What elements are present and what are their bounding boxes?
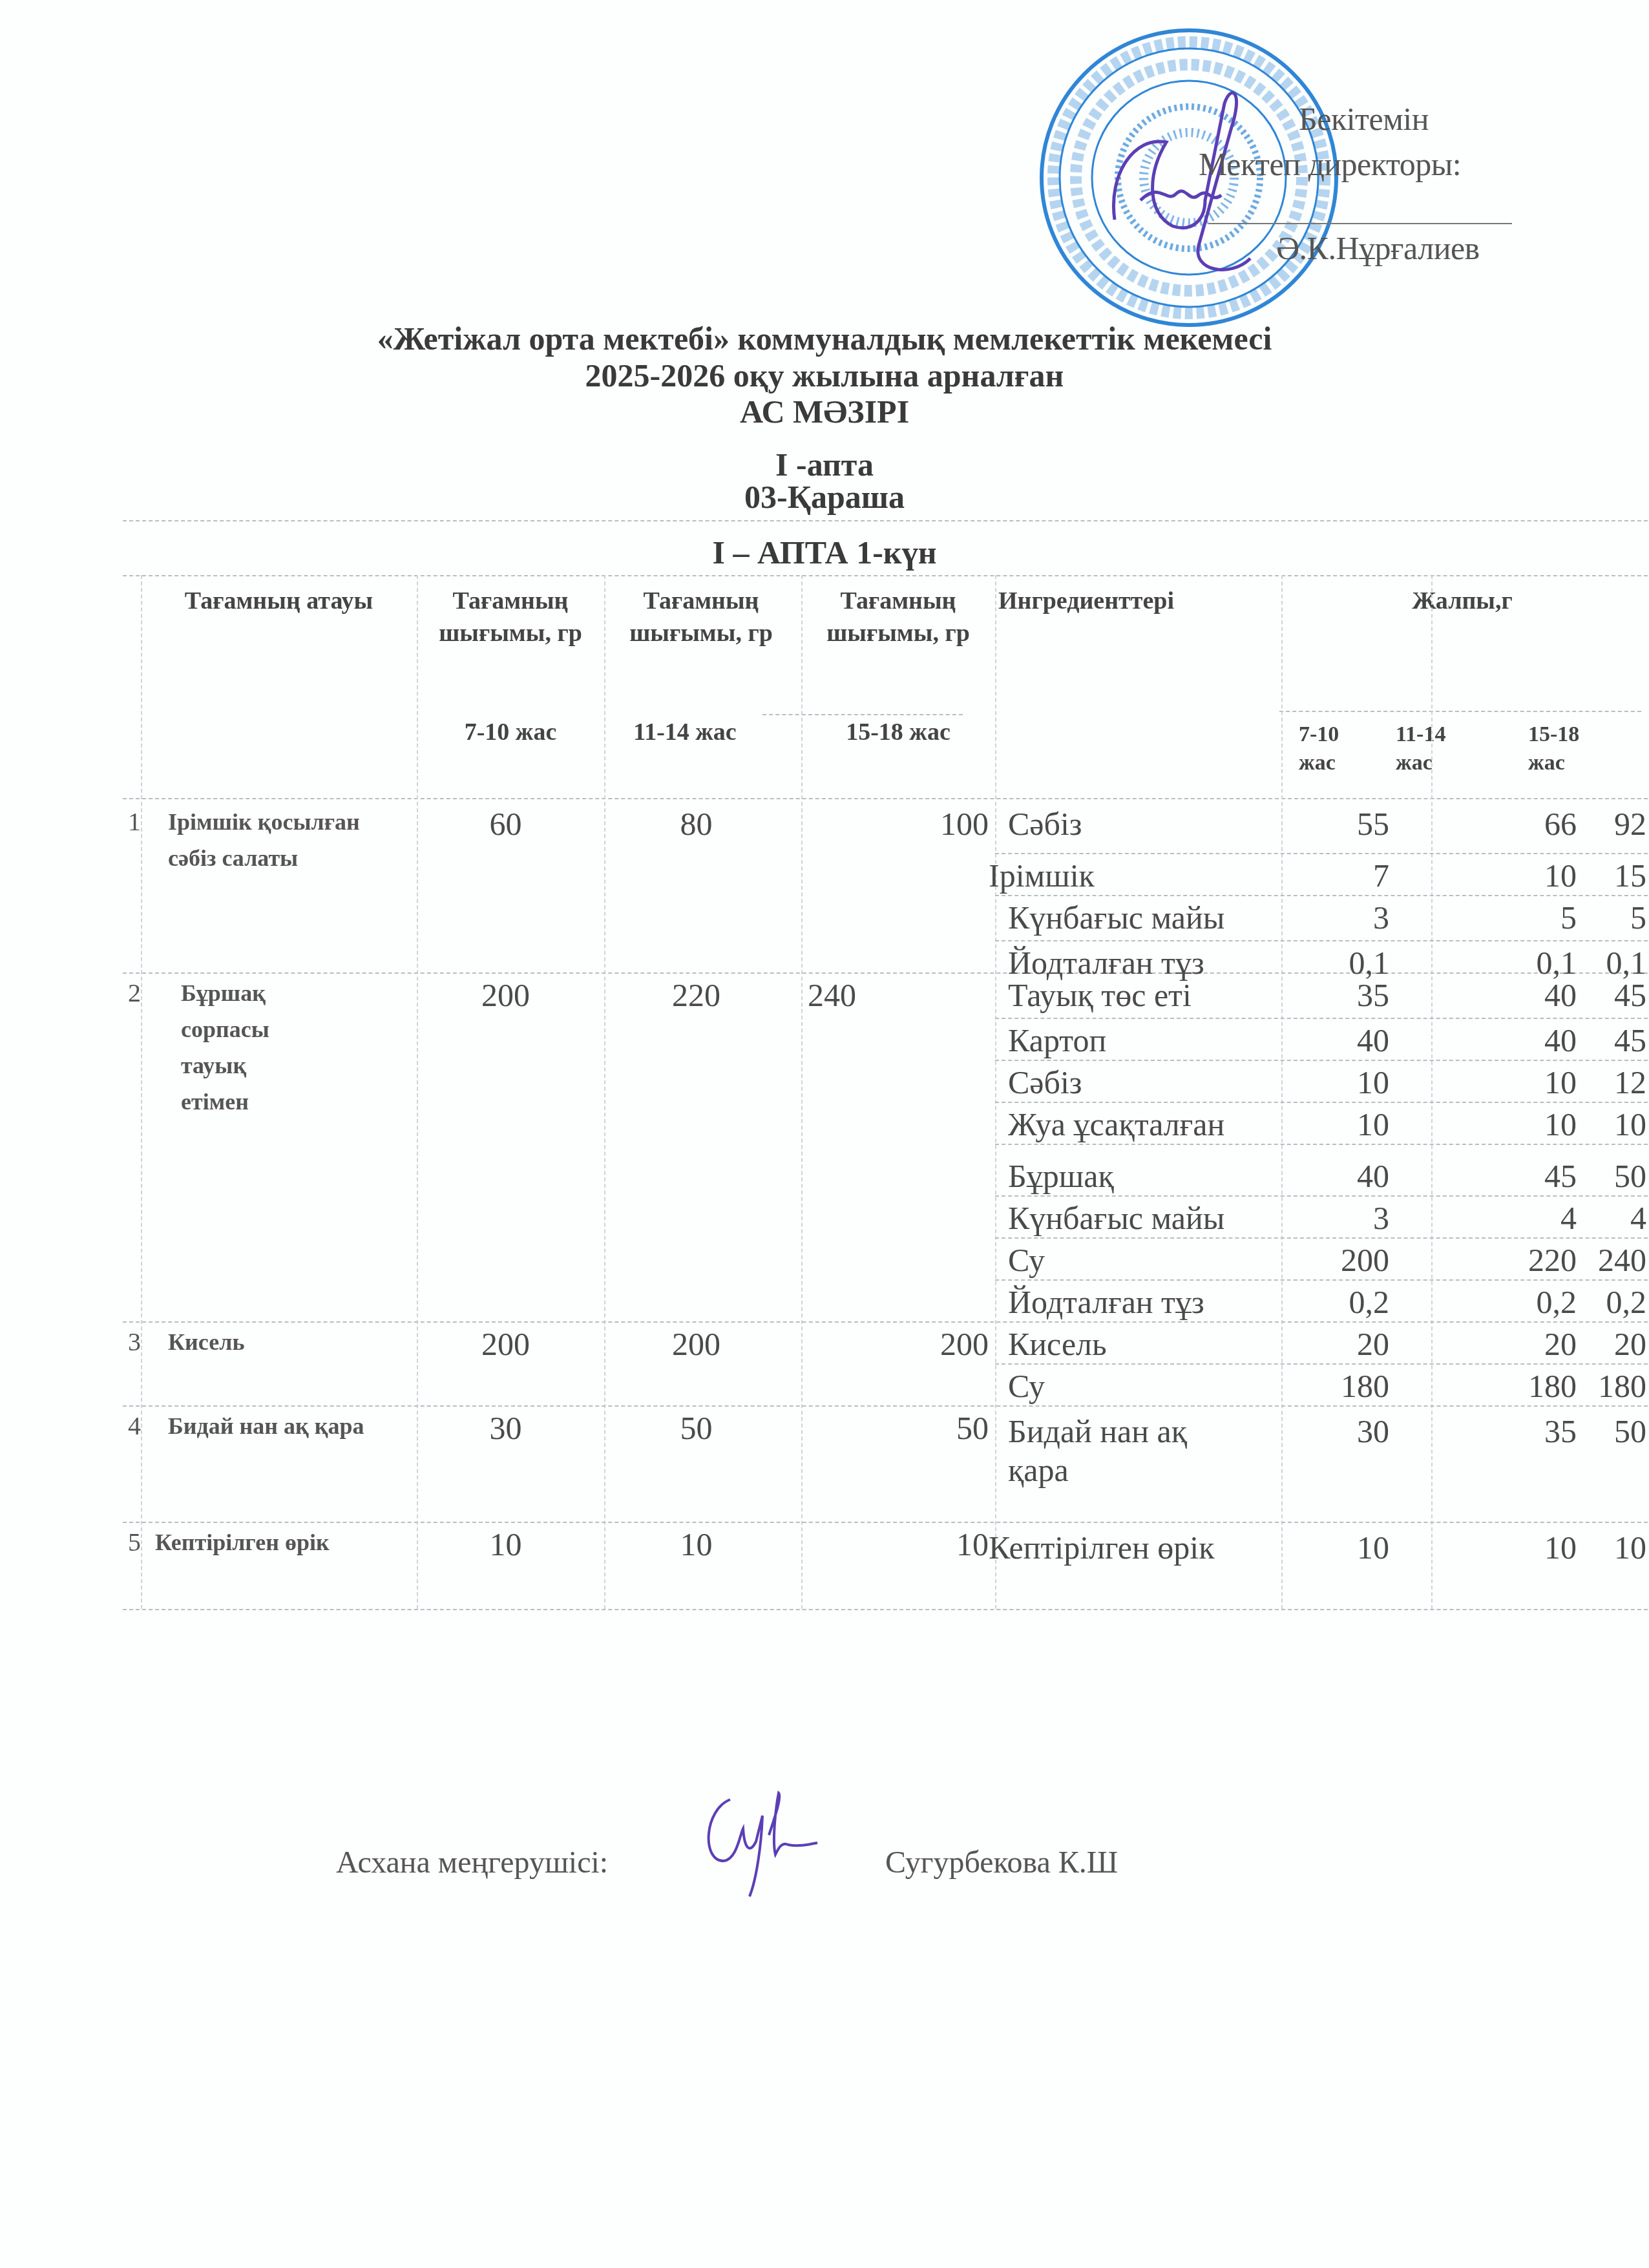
document-title: АС МӘЗІРІ <box>0 393 1649 430</box>
ingredient-name: Йодталған тұз <box>1008 1283 1286 1321</box>
ingredient-row-border <box>995 1102 1648 1103</box>
age-sub-divider <box>762 714 963 715</box>
ingredient-amount-age-2: 4 <box>1630 1199 1646 1237</box>
ingredient-row-border <box>995 1144 1648 1145</box>
ingredient-amount-age-1: 4 <box>1560 1199 1577 1237</box>
age-range: 15-18 <box>1528 722 1579 746</box>
ingredient-name: Картоп <box>1008 1021 1286 1060</box>
ingredient-row-border <box>995 940 1648 941</box>
ingredient-row-border <box>995 853 1648 854</box>
column-divider <box>417 575 418 1609</box>
column-divider <box>995 575 996 1609</box>
kitchen-manager-signature <box>685 1790 834 1900</box>
kitchen-manager-role: Асхана меңгерушісі: <box>336 1845 608 1880</box>
age-range: 11-14 <box>1396 722 1445 746</box>
col-header-yield-15-18: Тағамның шығымы, гр <box>801 585 995 649</box>
ingredient-row-border <box>995 1195 1648 1197</box>
total-age-7-10: 7-10жас <box>1299 720 1339 777</box>
ingredient-amount-age-2: 10 <box>1614 1105 1646 1144</box>
dish-row-border <box>123 972 1648 974</box>
dish-yield-age-0: 200 <box>420 1325 591 1363</box>
ingredient-amount-age-0: 7 <box>1373 856 1389 895</box>
header-bottom-border <box>123 798 1648 799</box>
ingredient-amount-age-1: 40 <box>1544 1021 1577 1060</box>
ingredient-amount-age-0: 200 <box>1341 1241 1389 1279</box>
ingredient-amount-age-2: 12 <box>1614 1063 1646 1102</box>
dish-yield-age-1: 220 <box>604 976 788 1014</box>
col-header-dish-name: Тағамның атауы <box>141 585 417 617</box>
day-title: І – АПТА 1-күн <box>0 534 1649 571</box>
dish-yield-age-2: 50 <box>801 1409 989 1447</box>
ingredient-name: Тауық төс еті <box>1008 976 1286 1014</box>
signature-line <box>1208 223 1512 224</box>
ingredient-amount-age-2: 45 <box>1614 1021 1646 1060</box>
ingredient-amount-age-1: 45 <box>1544 1157 1577 1195</box>
ingredient-amount-age-1: 220 <box>1528 1241 1577 1279</box>
age-11-14-label: 11-14 жас <box>604 716 766 748</box>
ingredient-name: Күнбағыс майы <box>1008 898 1286 937</box>
ingredient-amount-age-0: 3 <box>1373 1199 1389 1237</box>
age-7-10-label: 7-10 жас <box>420 716 601 748</box>
ingredient-amount-age-1: 5 <box>1560 898 1577 937</box>
dish-number: 1 <box>128 806 141 837</box>
dish-yield-age-1: 200 <box>604 1325 788 1363</box>
ingredient-amount-age-0: 20 <box>1357 1325 1389 1363</box>
dish-yield-age-2: 10 <box>801 1525 989 1564</box>
total-age-11-14: 11-14жас <box>1396 720 1445 777</box>
date-label: 03-Қараша <box>0 478 1649 516</box>
academic-year: 2025-2026 оқу жылына арналған <box>0 357 1649 394</box>
ingredient-amount-age-0: 10 <box>1357 1063 1389 1102</box>
age-range: 7-10 <box>1299 722 1339 746</box>
ingredient-amount-age-1: 10 <box>1544 856 1577 895</box>
ingredient-amount-age-1: 35 <box>1544 1412 1577 1451</box>
ingredient-amount-age-2: 20 <box>1614 1325 1646 1363</box>
ingredient-row-border <box>995 1279 1648 1281</box>
age-suffix: жас <box>1299 751 1336 775</box>
ingredient-name: Ірімшік <box>989 856 1266 895</box>
ingredient-name: Бидай нан ақ қара <box>1008 1412 1221 1489</box>
ingredient-amount-age-1: 10 <box>1544 1063 1577 1102</box>
ingredient-amount-age-2: 240 <box>1598 1241 1646 1279</box>
ingredient-name: Күнбағыс майы <box>1008 1199 1286 1237</box>
ingredient-amount-age-1: 66 <box>1544 804 1577 843</box>
ingredient-amount-age-1: 0,2 <box>1537 1283 1577 1321</box>
dish-yield-age-1: 50 <box>604 1409 788 1447</box>
col-header-yield-7-10: Тағамның шығымы, гр <box>420 585 601 649</box>
ingredient-row-border <box>995 1018 1648 1019</box>
approval-role: Мектеп директоры: <box>1199 145 1461 183</box>
ingredient-name: Жуа ұсақталған <box>1008 1105 1286 1144</box>
dish-yield-age-0: 60 <box>420 804 591 843</box>
day-title-divider <box>123 575 1648 576</box>
ingredient-name: Сәбіз <box>1008 1063 1286 1102</box>
ingredient-amount-age-1: 10 <box>1544 1105 1577 1144</box>
ingredient-amount-age-0: 10 <box>1357 1105 1389 1144</box>
dish-yield-age-2: 200 <box>801 1325 989 1363</box>
column-divider <box>141 575 142 1609</box>
ingredient-amount-age-0: 40 <box>1357 1021 1389 1060</box>
ingredient-amount-age-2: 0,2 <box>1606 1283 1647 1321</box>
ingredient-row-border <box>995 895 1648 896</box>
approval-label: Бекітемін <box>1299 100 1429 138</box>
ingredient-amount-age-2: 180 <box>1598 1367 1646 1405</box>
dish-row-border <box>123 1609 1648 1610</box>
ingredient-amount-age-2: 10 <box>1614 1528 1646 1567</box>
age-suffix: жас <box>1528 751 1565 775</box>
director-name: Ә.К.Нұрғалиев <box>1276 229 1480 267</box>
ingredient-name: Бұршақ <box>1008 1157 1286 1195</box>
ingredient-amount-age-0: 0,2 <box>1349 1283 1390 1321</box>
ingredient-amount-age-1: 180 <box>1528 1367 1577 1405</box>
dish-yield-age-0: 30 <box>420 1409 591 1447</box>
column-divider <box>1431 575 1433 1609</box>
dish-name: Кисель <box>168 1324 407 1360</box>
total-age-15-18: 15-18жас <box>1528 720 1579 777</box>
dish-yield-age-2: 240 <box>808 976 989 1014</box>
dish-yield-age-2: 100 <box>801 804 989 843</box>
ingredient-amount-age-2: 15 <box>1614 856 1646 895</box>
ingredient-amount-age-2: 50 <box>1614 1157 1646 1195</box>
column-divider <box>801 575 803 1609</box>
ingredient-amount-age-0: 3 <box>1373 898 1389 937</box>
dish-name: Бидай нан ақ қара <box>168 1408 407 1444</box>
col-header-total: Жалпы,г <box>1281 585 1643 617</box>
age-suffix: жас <box>1396 751 1433 775</box>
ingredient-amount-age-0: 180 <box>1341 1367 1389 1405</box>
ingredient-name: Кептірілген өрік <box>989 1528 1266 1567</box>
ingredient-amount-age-0: 40 <box>1357 1157 1389 1195</box>
dish-row-border <box>123 1522 1648 1523</box>
dish-yield-age-0: 200 <box>420 976 591 1014</box>
ingredient-row-border <box>995 1060 1648 1061</box>
ingredient-row-border <box>995 1237 1648 1239</box>
dish-number: 2 <box>128 978 141 1008</box>
dish-yield-age-1: 80 <box>604 804 788 843</box>
ingredient-amount-age-1: 40 <box>1544 976 1577 1014</box>
dish-number: 4 <box>128 1411 141 1441</box>
ingredient-amount-age-1: 20 <box>1544 1325 1577 1363</box>
ingredient-amount-age-2: 45 <box>1614 976 1646 1014</box>
ingredient-name: Сәбіз <box>1008 804 1286 843</box>
dish-row-border <box>123 1321 1648 1323</box>
total-sub-divider <box>1279 711 1641 712</box>
col-header-yield-11-14: Тағамның шығымы, гр <box>604 585 798 649</box>
dish-row-border <box>123 1405 1648 1407</box>
dish-name: Бұршақ сорпасы тауық етімен <box>181 975 291 1120</box>
ingredient-amount-age-2: 50 <box>1614 1412 1646 1451</box>
dish-name: Кептірілген өрік <box>155 1524 426 1560</box>
ingredient-amount-age-0: 55 <box>1357 804 1389 843</box>
institution-title: «Жетіжал орта мектебі» коммуналдық мемле… <box>0 320 1649 357</box>
ingredient-amount-age-0: 10 <box>1357 1528 1389 1567</box>
age-15-18-label: 15-18 жас <box>801 716 995 748</box>
dish-number: 5 <box>128 1527 141 1557</box>
table-border-top <box>123 520 1648 521</box>
dish-number: 3 <box>128 1327 141 1357</box>
ingredient-amount-age-1: 10 <box>1544 1528 1577 1567</box>
column-divider <box>604 575 605 1609</box>
ingredient-amount-age-0: 30 <box>1357 1412 1389 1451</box>
col-header-ingredients: Ингредиенттері <box>998 585 1283 617</box>
ingredient-name: Кисель <box>1008 1325 1286 1363</box>
dish-yield-age-1: 10 <box>604 1525 788 1564</box>
dish-yield-age-0: 10 <box>420 1525 591 1564</box>
ingredient-row-border <box>995 1363 1648 1365</box>
ingredient-amount-age-2: 5 <box>1630 898 1646 937</box>
kitchen-manager-name: Сугурбекова К.Ш <box>885 1845 1118 1880</box>
ingredient-name: Су <box>1008 1241 1286 1279</box>
dish-name: Ірімшік қосылған сәбіз салаты <box>168 804 407 876</box>
ingredient-amount-age-2: 92 <box>1614 804 1646 843</box>
ingredient-amount-age-0: 35 <box>1357 976 1389 1014</box>
ingredient-name: Су <box>1008 1367 1286 1405</box>
